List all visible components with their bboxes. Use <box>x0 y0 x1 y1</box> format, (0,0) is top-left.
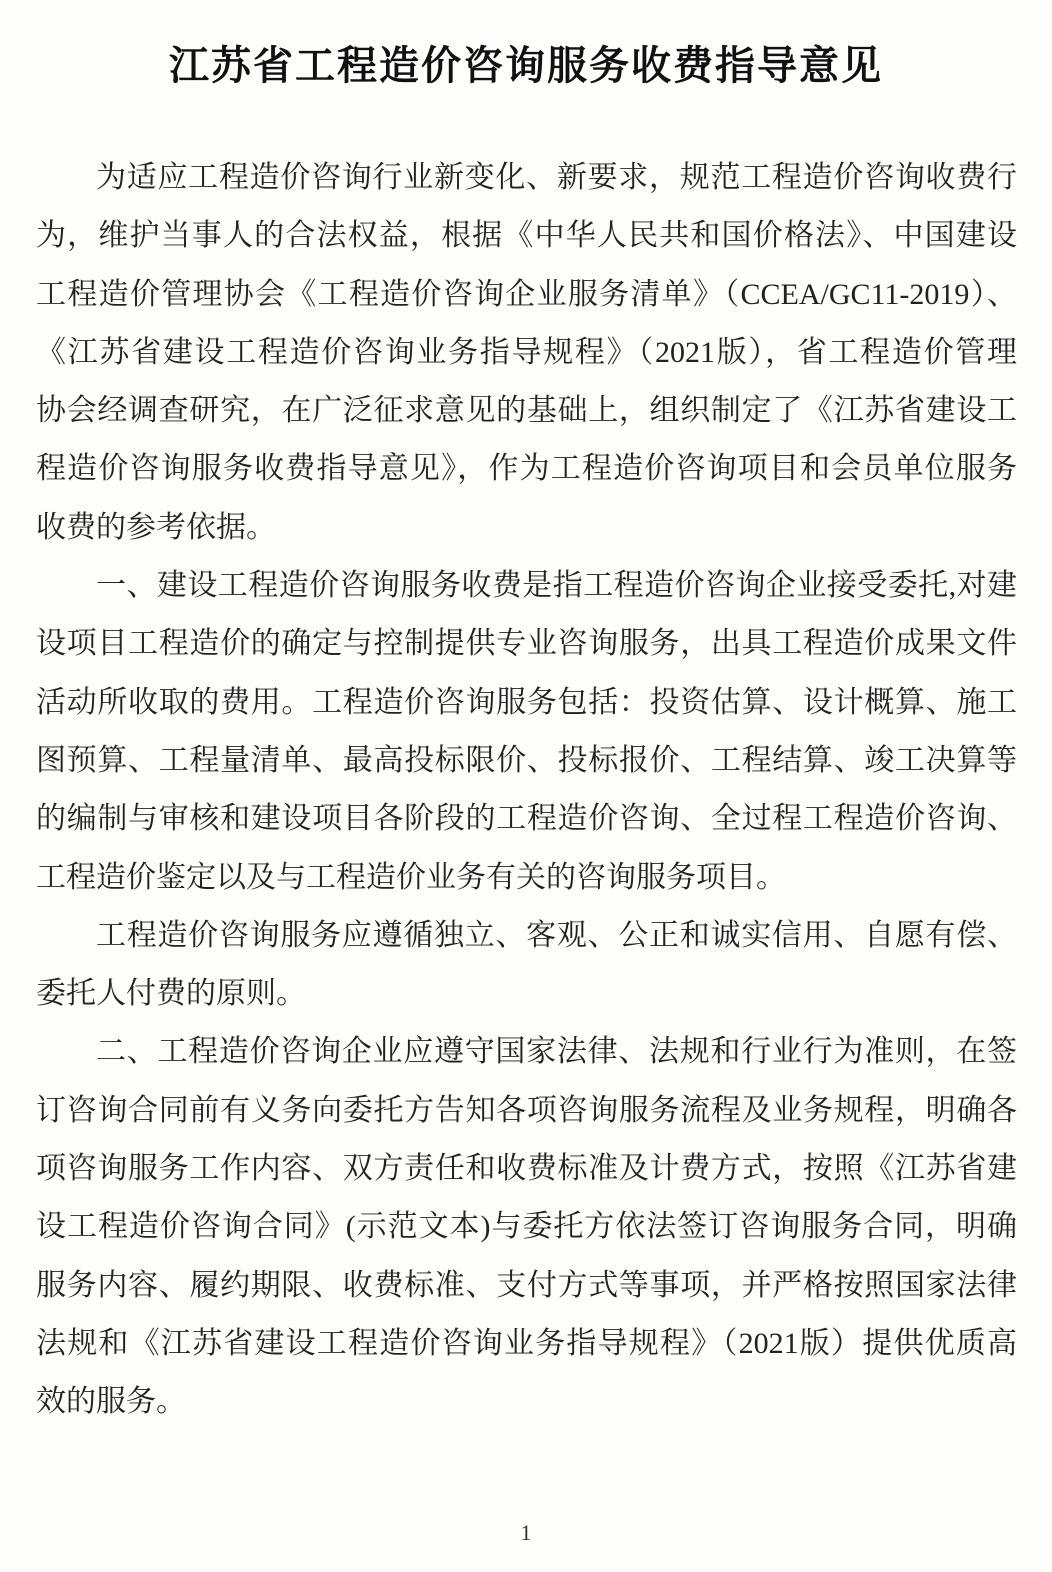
document-line: 设工程造价咨询合同》(示范文本)与委托方依法签订咨询服务合同，明确 <box>36 1198 1017 1256</box>
document-line: 的编制与审核和建设项目各阶段的工程造价咨询、全过程工程造价咨询、 <box>36 790 1017 848</box>
document-line: 工程造价咨询服务应遵循独立、客观、公正和诚实信用、自愿有偿、 <box>36 907 1017 965</box>
document-line: 活动所收取的费用。工程造价咨询服务包括：投资估算、设计概算、施工 <box>36 674 1017 732</box>
paragraph-2: 一、建设工程造价咨询服务收费是指工程造价咨询企业接受委托,对建 设项目工程造价的… <box>36 557 1017 907</box>
document-line: 法规和《江苏省建设工程造价咨询业务指导规程》（2021版）提供优质高 <box>36 1315 1017 1373</box>
document-line: 设项目工程造价的确定与控制提供专业咨询服务，出具工程造价成果文件 <box>36 615 1017 673</box>
document-line: 委托人付费的原则。 <box>36 965 1017 1023</box>
document-body: 为适应工程造价咨询行业新变化、新要求，规范工程造价咨询收费行 为，维护当事人的合… <box>36 149 1017 1432</box>
document-line: 协会经调查研究，在广泛征求意见的基础上，组织制定了《江苏省建设工 <box>36 382 1017 440</box>
paragraph-1: 为适应工程造价咨询行业新变化、新要求，规范工程造价咨询收费行 为，维护当事人的合… <box>36 149 1017 557</box>
document-line: 工程造价管理协会《工程造价咨询企业服务清单》（CCEA/GC11-2019）、 <box>36 266 1017 324</box>
document-page: 江苏省工程造价咨询服务收费指导意见 为适应工程造价咨询行业新变化、新要求，规范工… <box>0 0 1052 1572</box>
document-line: 图预算、工程量清单、最高投标限价、投标报价、工程结算、竣工决算等 <box>36 732 1017 790</box>
document-title: 江苏省工程造价咨询服务收费指导意见 <box>36 42 1016 90</box>
document-line: 项咨询服务工作内容、双方责任和收费标准及计费方式，按照《江苏省建 <box>36 1140 1017 1198</box>
document-line: 二、工程造价咨询企业应遵守国家法律、法规和行业行为准则，在签 <box>36 1023 1017 1081</box>
document-line: 为适应工程造价咨询行业新变化、新要求，规范工程造价咨询收费行 <box>36 149 1017 207</box>
paragraph-3: 工程造价咨询服务应遵循独立、客观、公正和诚实信用、自愿有偿、 委托人付费的原则。 <box>36 907 1017 1024</box>
document-line: 服务内容、履约期限、收费标准、支付方式等事项，并严格按照国家法律 <box>36 1257 1017 1315</box>
document-line: 订咨询合同前有义务向委托方告知各项咨询服务流程及业务规程，明确各 <box>36 1082 1017 1140</box>
document-line: 为，维护当事人的合法权益，根据《中华人民共和国价格法》、中国建设 <box>36 207 1017 265</box>
document-line: 效的服务。 <box>36 1373 1017 1431</box>
document-line: 一、建设工程造价咨询服务收费是指工程造价咨询企业接受委托,对建 <box>36 557 1017 615</box>
document-line: 程造价咨询服务收费指导意见》，作为工程造价咨询项目和会员单位服务 <box>36 440 1017 498</box>
document-line: 收费的参考依据。 <box>36 499 1017 557</box>
document-line: 《江苏省建设工程造价咨询业务指导规程》（2021版），省工程造价管理 <box>36 324 1017 382</box>
paragraph-4: 二、工程造价咨询企业应遵守国家法律、法规和行业行为准则，在签 订咨询合同前有义务… <box>36 1023 1017 1431</box>
document-line: 工程造价鉴定以及与工程造价业务有关的咨询服务项目。 <box>36 849 1017 907</box>
page-number: 1 <box>0 1520 1052 1546</box>
